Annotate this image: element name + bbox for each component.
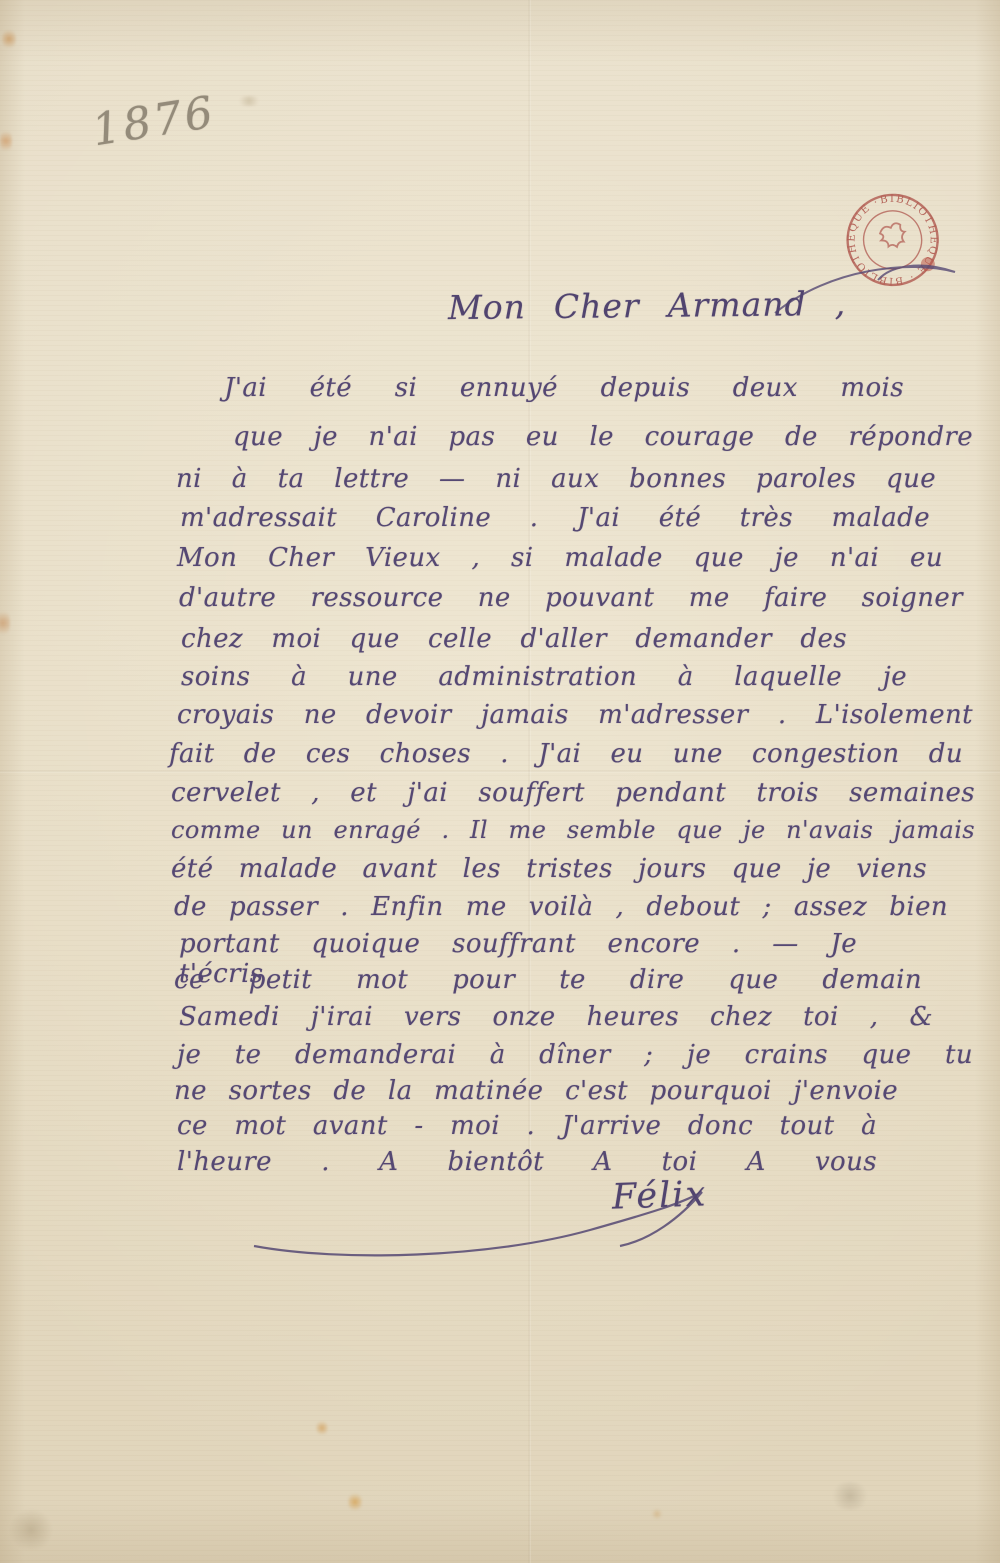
letter-line: ni à ta lettre — ni aux bonnes paroles q…: [176, 465, 936, 495]
letter-line: ne sortes de la matinée c'est pourquoi j…: [174, 1077, 898, 1107]
letter-line: croyais ne devoir jamais m'adresser . L'…: [177, 701, 973, 731]
pencil-year-note: 1876: [89, 87, 219, 157]
foxing-spot: [0, 608, 10, 638]
letter-line: Mon Cher Vieux , si malade que je n'ai e…: [177, 544, 943, 574]
letter-line: de passer . Enfin me voilà , debout ; as…: [174, 893, 948, 923]
letter-line: Samedi j'irai vers onze heures chez toi …: [179, 1003, 933, 1033]
foxing-spot: [348, 1492, 362, 1512]
foxing-spot: [2, 28, 16, 50]
letter-line: chez moi que celle d'aller demander des: [181, 625, 847, 655]
letter-line: ce mot avant - moi . J'arrive donc tout …: [177, 1112, 877, 1142]
stamp-ring-text: BIBLIOTHEQUE · BIBLIOTHEQUE ·: [833, 180, 952, 299]
foxing-spot: [316, 1420, 328, 1436]
svg-text:BIBLIOTHEQUE · BIBLIOTHEQUE ·: BIBLIOTHEQUE · BIBLIOTHEQUE ·: [833, 180, 952, 299]
letter-line: comme un enragé . Il me semble que je n'…: [171, 817, 975, 845]
letter-line: d'autre ressource ne pouvant me faire so…: [179, 584, 963, 614]
age-smudge: [8, 1510, 54, 1550]
stamp-emblem: [878, 221, 909, 251]
foxing-spot: [652, 1508, 662, 1520]
signature: Félix: [611, 1174, 708, 1217]
letter-line: été malade avant les tristes jours que j…: [171, 855, 927, 885]
letter-page: 1876 BIBLIOTHEQUE · BIBLIOTHEQUE · Mon C…: [0, 0, 1000, 1563]
letter-line: m'adressait Caroline . J'ai été très mal…: [180, 504, 930, 534]
letter-line: J'ai été si ennuyé depuis deux mois: [224, 374, 904, 404]
letter-line: je te demanderai à dîner ; je crains que…: [177, 1041, 973, 1071]
letter-line: fait de ces choses . J'ai eu une congest…: [169, 740, 963, 770]
letter-line: cervelet , et j'ai souffert pendant troi…: [171, 779, 975, 809]
foxing-spot: [236, 96, 262, 106]
horizontal-fold-crease: [0, 770, 1000, 773]
letter-line: soins à une administration à laquelle je: [181, 663, 907, 693]
salutation: Mon Cher Armand ,: [448, 284, 847, 327]
letter-line: ce petit mot pour te dire que demain: [174, 966, 922, 996]
letter-line: que je n'ai pas eu le courage de répondr…: [233, 423, 973, 453]
foxing-spot: [0, 128, 12, 154]
letter-line: l'heure . A bientôt A toi A vous: [177, 1148, 877, 1178]
age-smudge: [830, 1482, 870, 1510]
